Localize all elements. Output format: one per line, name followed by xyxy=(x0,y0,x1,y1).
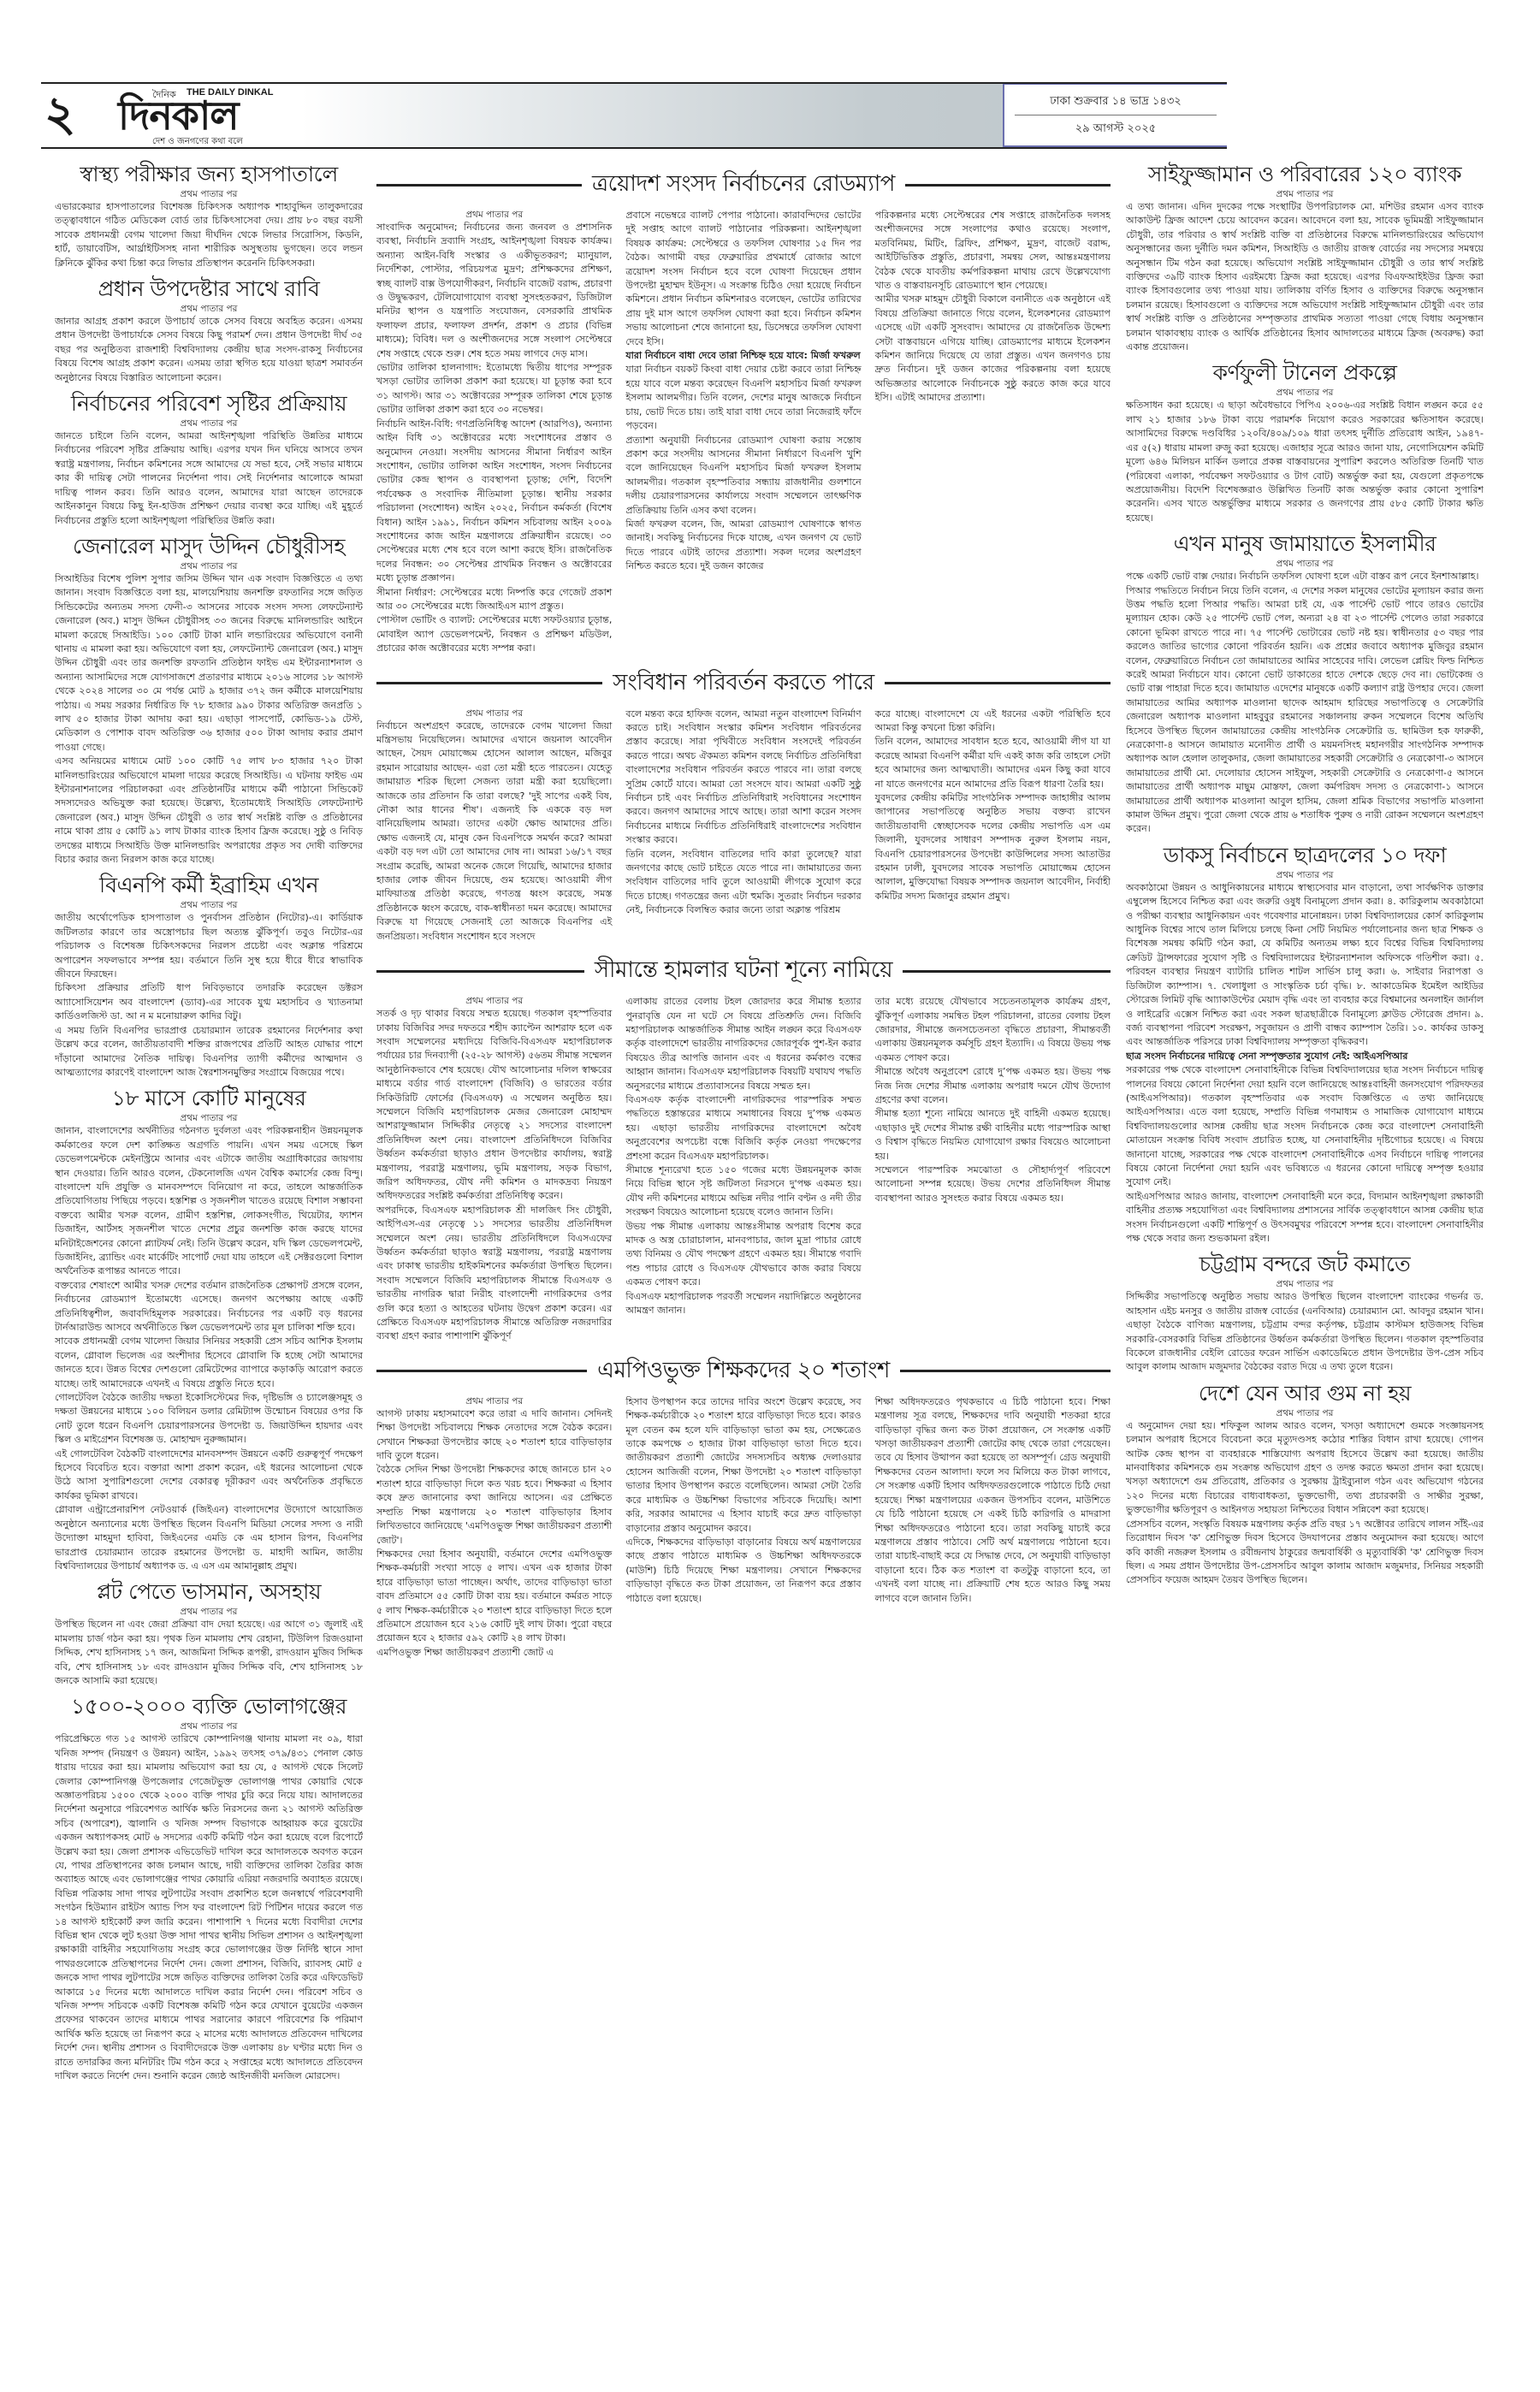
article-paragraph: যুবদলের কেন্দ্রীয় কমিটির সাংগঠনিক সম্পা… xyxy=(875,791,1111,903)
article-headline[interactable]: ডাকসু নির্বাচনে ছাত্রদলের ১০ দফা xyxy=(1126,842,1484,869)
article-headline[interactable]: বিএনপি কর্মী ইব্রাহিম এখন xyxy=(55,872,363,899)
article-headline[interactable]: ১৫০০-২০০০ ব্যক্তি ভোলাগঞ্জের xyxy=(55,1693,363,1720)
article: বিএনপি কর্মী ইব্রাহিম এখনপ্রথম পাতার পরজ… xyxy=(55,872,363,1080)
article-headline[interactable]: কর্ণফুলী টানেল প্রকল্পে xyxy=(1126,359,1484,387)
article-headline[interactable]: প্লট পেতে ভাসমান, অসহায় xyxy=(55,1578,363,1606)
article-columns: প্রথম পাতার পরসাংবাদিক অনুমোদন; নির্বাচন… xyxy=(376,209,1111,656)
article-paragraph: এমপিওভুক্ত শিক্ষা জাতীয়করণ প্রত্যাশী জো… xyxy=(376,1646,612,1660)
article-headline[interactable]: জেনারেল মাসুদ উদ্দিন চৌধুরীসহ xyxy=(55,533,363,560)
divider xyxy=(376,184,582,187)
article-headline-bar: এমপিওভুক্ত শিক্ষকদের ২০ শতাংশ xyxy=(376,1353,1111,1390)
continued-label: প্রথম পাতার পর xyxy=(376,1395,612,1407)
article-paragraph: জানার আগ্রহ প্রকাশ করলে উপাচার্য তাকে সে… xyxy=(55,315,363,385)
article-headline[interactable]: প্রধান উপদেষ্টার সাথে রাবি xyxy=(55,275,363,303)
article-headline-bar: সংবিধান পরিবর্তন করতে পারে xyxy=(376,665,1111,702)
continued-label: প্রথম পাতার পর xyxy=(376,995,612,1007)
article-body-column: প্রথম পাতার পরনির্বাচনে অংশগ্রহণ করেছে, … xyxy=(376,708,612,944)
article-paragraph: হিসাব উপস্থাপন করে তাদের দাবির অংশে উল্ল… xyxy=(625,1395,861,1536)
article-paragraph: নির্বাচনে অংশগ্রহণ করেছে, তাদেরকে বেগম খ… xyxy=(376,719,612,944)
article-paragraph: উপস্থিত ছিলেন না এবং জেরা প্রক্রিয়া বাদ… xyxy=(55,1618,363,1688)
article: ১৮ মাসে কোটি মানুষেরপ্রথম পাতার পরজানান,… xyxy=(55,1085,363,1573)
continued-label: প্রথম পাতার পর xyxy=(376,708,612,719)
logo-main: দিনকাল xyxy=(118,94,239,137)
continued-label: প্রথম পাতার পর xyxy=(55,417,363,429)
article-headline[interactable]: সীমান্তে হামলার ঘটনা শূন্যে নামিয়ে xyxy=(595,952,892,990)
article-headline[interactable]: এখন মানুষ জামায়াতে ইসলামীর xyxy=(1126,530,1484,558)
article-headline[interactable]: দেশে যেন আর গুম না হয় xyxy=(1126,1380,1484,1407)
article: প্লট পেতে ভাসমান, অসহায়প্রথম পাতার পরউপ… xyxy=(55,1578,363,1688)
article-paragraph: সিআইডির বিশেষ পুলিশ সুপার জসিম উদ্দিন খা… xyxy=(55,572,363,755)
article: নির্বাচনের পরিবেশ সৃষ্টির প্রক্রিয়ায়প্… xyxy=(55,390,363,528)
divider xyxy=(376,970,584,973)
article-paragraph: ক্ষতিসাধন করা হয়েছে। এ ছাড়া অবৈধভাবে প… xyxy=(1126,399,1484,525)
article-columns: প্রথম পাতার পরআগস্ট ঢাকায় মহাসমাবেশ করে… xyxy=(376,1395,1111,1660)
article-paragraph: সীমান্তে শূন্যরেখা হতে ১৫০ গজের মধ্যে উন… xyxy=(625,1163,861,1220)
article-body: ক্ষতিসাধন করা হয়েছে। এ ছাড়া অবৈধভাবে প… xyxy=(1126,399,1484,525)
article-paragraph: এলাকায় রাতের বেলায় টহল জোরদার করে সীমা… xyxy=(625,995,861,1093)
article-paragraph: গ্লোবাল এন্ট্রাপ্রেনারশিপ নেটওয়ার্ক (জি… xyxy=(55,1503,363,1573)
article-paragraph: করে যাচ্ছে। বাংলাদেশে যে এই ধরনের একটা প… xyxy=(875,708,1111,736)
article-paragraph: নির্বাচনি আইন-বিধি: গণপ্রতিনিধিত্ব আদেশ … xyxy=(376,417,612,586)
article-paragraph: শিক্ষা অধিদফতরেও পৃথকভাবে এ চিঠি পাঠানো … xyxy=(875,1395,1111,1606)
article-paragraph: প্রেসসচিব বলেন, সংস্কৃতি বিষয়ক মন্ত্রণা… xyxy=(1126,1518,1484,1588)
article-headline[interactable]: নির্বাচনের পরিবেশ সৃষ্টির প্রক্রিয়ায় xyxy=(55,390,363,417)
article-paragraph: এ তথ্য জানান। এদিন দুদকের পক্ষে সংস্থাটি… xyxy=(1126,200,1484,354)
article: প্রধান উপদেষ্টার সাথে রাবিপ্রথম পাতার পর… xyxy=(55,275,363,385)
continued-label: প্রথম পাতার পর xyxy=(55,560,363,572)
continued-label: প্রথম পাতার পর xyxy=(55,899,363,911)
article: এখন মানুষ জামায়াতে ইসলামীরপ্রথম পাতার প… xyxy=(1126,530,1484,837)
article: জেনারেল মাসুদ উদ্দিন চৌধুরীসহপ্রথম পাতার… xyxy=(55,533,363,867)
article-headline[interactable]: সংবিধান পরিবর্তন করতে পারে xyxy=(613,665,874,702)
article: চট্টগ্রাম বন্দরে জট কমাতেপ্রথম পাতার পরস… xyxy=(1126,1251,1484,1374)
article-headline[interactable]: চট্টগ্রাম বন্দরে জট কমাতে xyxy=(1126,1251,1484,1278)
article-body: এভারকেয়ার হাসপাতালের বিশেষজ্ঞ চিকিৎসক অ… xyxy=(55,200,363,270)
article-paragraph: পরিপ্রেক্ষিতে গত ১৫ আগস্ট তারিখে কোম্পান… xyxy=(55,1732,363,2083)
article-body-column: তার মধ্যে রয়েছে যৌথভাবে সচেতনতামূলক কার… xyxy=(875,995,1111,1344)
article-paragraph: এসব অনিয়মের মাধ্যমে মোট ১০০ কোটি ৭৫ লাখ… xyxy=(55,755,363,867)
logo-tagline: দেশ ও জনগণের কথা বলে xyxy=(152,135,243,150)
article-paragraph: ভোটার তালিকা হালনাগাদ: ইতোমধ্যে দ্বিতীয়… xyxy=(376,361,612,417)
article-paragraph: সীমান্তে অবৈধ অনুপ্রবেশ রোধে দু’পক্ষ একম… xyxy=(875,1065,1111,1107)
article-paragraph: সিদ্দিকীর সভাপতিত্বে অনুষ্ঠিত সভায় আরও … xyxy=(1126,1290,1484,1374)
article-paragraph: সাংবাদিক অনুমোদন; নির্বাচনের জন্য জনবল ও… xyxy=(376,221,612,361)
article-headline[interactable]: সাইফুজ্জামান ও পরিবারের ১২০ ব্যাংক xyxy=(1126,161,1484,188)
article-headline-bar: সীমান্তে হামলার ঘটনা শূন্যে নামিয়ে xyxy=(376,952,1111,990)
article-paragraph: আইএসপিআর আরও জানায়, বাংলাদেশ সেনাবাহিনী… xyxy=(1126,1190,1484,1246)
article-paragraph: শিক্ষকদের দেয়া হিসাব অনুযায়ী, বর্তমানে… xyxy=(376,1548,612,1646)
article-paragraph: পক্ষে একটি ভোট বাক্স দেয়ার। নির্বাচনি ত… xyxy=(1126,570,1484,583)
article-columns: প্রথম পাতার পরসতর্ক ও দৃঢ় থাকার বিষয়ে … xyxy=(376,995,1111,1344)
date-box: ঢাকা শুক্রবার ১৪ ভাদ্র ১৪৩২ ২৯ আগস্ট ২০২… xyxy=(1003,84,1227,147)
divider xyxy=(885,682,1111,684)
continued-label: প্রথম পাতার পর xyxy=(55,1720,363,1732)
article-paragraph: জাতীয় অর্থোপেডিক হাসপাতাল ও পুনর্বাসন প… xyxy=(55,911,363,981)
article-body-column: পরিকল্পনার মধ্যে সেপ্টেম্বরের শেষ সপ্তাহ… xyxy=(875,209,1111,656)
article: দেশে যেন আর গুম না হয়প্রথম পাতার পরএ অন… xyxy=(1126,1380,1484,1588)
continued-label: প্রথম পাতার পর xyxy=(1126,1407,1484,1419)
article-body: পক্ষে একটি ভোট বাক্স দেয়ার। নির্বাচনি ত… xyxy=(1126,570,1484,837)
article-body-column: বলে মন্তব্য করে হাফিজ বলেন, আমরা নতুন বা… xyxy=(625,708,861,944)
middle-column: ত্রয়োদশ সংসদ নির্বাচনের রোডম্যাপপ্রথম প… xyxy=(376,157,1111,2365)
article: ডাকসু নির্বাচনে ছাত্রদলের ১০ দফাপ্রথম পা… xyxy=(1126,842,1484,1246)
article-body-column: শিক্ষা অধিদফতরেও পৃথকভাবে এ চিঠি পাঠানো … xyxy=(875,1395,1111,1660)
article-body-column: প্রথম পাতার পরআগস্ট ঢাকায় মহাসমাবেশ করে… xyxy=(376,1395,612,1660)
article-paragraph: এ অনুমোদন দেয়া হয়। শফিকুল আলম আরও বলেন… xyxy=(1126,1419,1484,1518)
article-paragraph: বিএসএফ কর্তৃক বাংলাদেশী নাগরিকদের পারস্প… xyxy=(625,1093,861,1163)
article-paragraph: এই গোলটেবিল বৈঠকটি বাংলাদেশের মানবসম্পদ … xyxy=(55,1448,363,1504)
divider xyxy=(376,682,602,684)
article-subhead: ছাত্র সংসদ নির্বাচনের দায়িত্বে সেনা সম্… xyxy=(1126,1050,1484,1063)
continued-label: প্রথম পাতার পর xyxy=(55,1112,363,1124)
article-headline[interactable]: ১৮ মাসে কোটি মানুষের xyxy=(55,1085,363,1112)
article-body: সিদ্দিকীর সভাপতিত্বে অনুষ্ঠিত সভায় আরও … xyxy=(1126,1290,1484,1374)
article-paragraph: এ সময় তিনি বিএনপির ভারপ্রাপ্ত চেয়ারম্য… xyxy=(55,1024,363,1081)
article-paragraph: সরকারের পক্ষ থেকে বাংলাদেশ সেনাবাহিনীকে … xyxy=(1126,1063,1484,1190)
article-paragraph: যারা নির্বাচন বয়কট কিংবা বাধা দেয়ার চে… xyxy=(625,363,861,433)
article-paragraph: আমীর খসরু মাহমুদ চৌধুরী বিকালে বনানীতে এ… xyxy=(875,293,1111,405)
article-body: জাতীয় অর্থোপেডিক হাসপাতাল ও পুনর্বাসন প… xyxy=(55,911,363,1080)
continued-label: প্রথম পাতার পর xyxy=(55,188,363,200)
article-paragraph: জানতে চাইলে তিনি বলেন, আমরা আইনশৃঙ্খলা প… xyxy=(55,429,363,528)
article-paragraph: এদিকে, শিক্ষকদের বাড়িভাড়া বাড়ানোর বিষ… xyxy=(625,1536,861,1606)
article-paragraph: বলে মন্তব্য করে হাফিজ বলেন, আমরা নতুন বা… xyxy=(625,708,861,848)
divider xyxy=(376,1370,587,1372)
article-paragraph: জানান, বাংলাদেশের অর্থনীতির গঠনগত দুর্বল… xyxy=(55,1124,363,1278)
article: সাইফুজ্জামান ও পরিবারের ১২০ ব্যাংকপ্রথম … xyxy=(1126,161,1484,354)
article-body-column: এলাকায় রাতের বেলায় টহল জোরদার করে সীমা… xyxy=(625,995,861,1344)
left-column: স্বাস্থ্য পরীক্ষার জন্য হাসপাতালেপ্রথম প… xyxy=(55,157,363,2365)
article-body-column: করে যাচ্ছে। বাংলাদেশে যে এই ধরনের একটা প… xyxy=(875,708,1111,944)
article-body-column: প্রবাসে নভেম্বরে ব্যালট পেপার পাঠানো। কা… xyxy=(625,209,861,656)
article-headline[interactable]: স্বাস্থ্য পরীক্ষার জন্য হাসপাতালে xyxy=(55,161,363,188)
article-paragraph: চিকিৎসা প্রক্রিয়ার প্রতিটি ধাপ নিবিড়ভা… xyxy=(55,981,363,1023)
article-body: অবকাঠামো উন্নয়ন ও আধুনিকায়নের মাধ্যমে … xyxy=(1126,881,1484,1246)
article-paragraph: সাবেক প্রধানমন্ত্রী বেগম খালেদা জিয়ার স… xyxy=(55,1335,363,1391)
article-paragraph: অবকাঠামো উন্নয়ন ও আধুনিকায়নের মাধ্যমে … xyxy=(1126,881,1484,1050)
divider xyxy=(905,184,1111,187)
continued-label: প্রথম পাতার পর xyxy=(1126,188,1484,200)
article-body: এ তথ্য জানান। এদিন দুদকের পক্ষে সংস্থাটি… xyxy=(1126,200,1484,354)
article-body: উপস্থিত ছিলেন না এবং জেরা প্রক্রিয়া বাদ… xyxy=(55,1618,363,1688)
masthead: ২ দৈনিক THE DAILY DINKAL দিনকাল দেশ ও জন… xyxy=(41,82,1227,149)
article-body-column: হিসাব উপস্থাপন করে তাদের দাবির অংশে উল্ল… xyxy=(625,1395,861,1660)
article-headline[interactable]: ত্রয়োদশ সংসদ নির্বাচনের রোডম্যাপ xyxy=(592,166,895,204)
date-english: ২৯ আগস্ট ২০২৫ xyxy=(1004,115,1227,139)
article-paragraph: সীমানা নির্ধারণ: সেপ্টেম্বরের মধ্যে নিষ্… xyxy=(376,586,612,614)
article-paragraph: পরিকল্পনার মধ্যে সেপ্টেম্বরের শেষ সপ্তাহ… xyxy=(875,209,1111,293)
article-body: সিআইডির বিশেষ পুলিশ সুপার জসিম উদ্দিন খা… xyxy=(55,572,363,867)
article-paragraph: পিআর পদ্ধতিতে নির্বাচন নিয়ে তিনি বলেন, … xyxy=(1126,584,1484,837)
article-paragraph: সম্মেলনে পারস্পরিক সমঝোতা ও সৌহার্দ্যপূর… xyxy=(875,1163,1111,1205)
article-paragraph: বক্তব্যের শেষাংশে আমীর খসরু দেশের বর্তমা… xyxy=(55,1279,363,1335)
divider xyxy=(900,1370,1111,1372)
article: স্বাস্থ্য পরীক্ষার জন্য হাসপাতালেপ্রথম প… xyxy=(55,161,363,270)
article-body: জানান, বাংলাদেশের অর্থনীতির গঠনগত দুর্বল… xyxy=(55,1124,363,1573)
article-headline-bar: ত্রয়োদশ সংসদ নির্বাচনের রোডম্যাপ xyxy=(376,166,1111,204)
article-paragraph: অপরদিকে, বিএসএফ মহাপরিচালক শ্রী দালজিৎ স… xyxy=(376,1204,612,1344)
article-body-column: প্রথম পাতার পরসাংবাদিক অনুমোদন; নির্বাচন… xyxy=(376,209,612,656)
article-paragraph: তার মধ্যে রয়েছে যৌথভাবে সচেতনতামূলক কার… xyxy=(875,995,1111,1065)
article-paragraph: গোলটেবিল বৈঠকে জাতীয় দক্ষতা ইকোসিস্টেমে… xyxy=(55,1391,363,1448)
article-paragraph: মির্জা ফখরুল বলেন, জি, আমরা রোডম্যাপ ঘোষ… xyxy=(625,518,861,574)
article-paragraph: সীমান্ত হত্যা শূন্যে নামিয়ে আনতে দুই বা… xyxy=(875,1107,1111,1163)
article: ১৫০০-২০০০ ব্যক্তি ভোলাগঞ্জেরপ্রথম পাতার … xyxy=(55,1693,363,2083)
article-body-column: প্রথম পাতার পরসতর্ক ও দৃঢ় থাকার বিষয়ে … xyxy=(376,995,612,1344)
right-column: সাইফুজ্জামান ও পরিবারের ১২০ ব্যাংকপ্রথম … xyxy=(1126,157,1484,2365)
article-paragraph: পোস্টাল ভোটিং ও ব্যালট: সেপ্টেম্বরের মধ্… xyxy=(376,613,612,655)
continued-label: প্রথম পাতার পর xyxy=(55,303,363,315)
continued-label: প্রথম পাতার পর xyxy=(1126,558,1484,570)
newspaper-logo: দৈনিক THE DAILY DINKAL দিনকাল দেশ ও জনগণ… xyxy=(118,86,246,149)
continued-label: প্রথম পাতার পর xyxy=(376,209,612,221)
article-columns: প্রথম পাতার পরনির্বাচনে অংশগ্রহণ করেছে, … xyxy=(376,708,1111,944)
article-paragraph: বিএসএফ মহাপরিচালক পরবর্তী সম্মেলন নয়াদি… xyxy=(625,1290,861,1318)
article: সংবিধান পরিবর্তন করতে পারেপ্রথম পাতার পর… xyxy=(376,665,1111,944)
divider xyxy=(903,970,1111,973)
article-body: জানতে চাইলে তিনি বলেন, আমরা আইনশৃঙ্খলা প… xyxy=(55,429,363,528)
continued-label: প্রথম পাতার পর xyxy=(1126,387,1484,399)
continued-label: প্রথম পাতার পর xyxy=(55,1606,363,1618)
page-number: ২ xyxy=(44,89,75,140)
article-body: এ অনুমোদন দেয়া হয়। শফিকুল আলম আরও বলেন… xyxy=(1126,1419,1484,1588)
article-paragraph: সতর্ক ও দৃঢ় থাকার বিষয়ে সম্মত হয়েছে। … xyxy=(376,1007,612,1204)
article-body: জানার আগ্রহ প্রকাশ করলে উপাচার্য তাকে সে… xyxy=(55,315,363,385)
article: ত্রয়োদশ সংসদ নির্বাচনের রোডম্যাপপ্রথম প… xyxy=(376,166,1111,656)
article: সীমান্তে হামলার ঘটনা শূন্যে নামিয়েপ্রথম… xyxy=(376,952,1111,1344)
continued-label: প্রথম পাতার পর xyxy=(1126,1278,1484,1290)
article-paragraph: প্রত্যাশা অনুযায়ী নির্বাচনের রোডম্যাপ ঘ… xyxy=(625,434,861,518)
article-paragraph: উভয় পক্ষ সীমান্ত এলাকায় আন্তঃসীমান্ত অ… xyxy=(625,1220,861,1290)
date-bangla: ঢাকা শুক্রবার ১৪ ভাদ্র ১৪৩২ xyxy=(1015,85,1217,115)
article: এমপিওভুক্ত শিক্ষকদের ২০ শতাংশপ্রথম পাতার… xyxy=(376,1353,1111,1660)
article-paragraph: এভারকেয়ার হাসপাতালের বিশেষজ্ঞ চিকিৎসক অ… xyxy=(55,200,363,270)
article: কর্ণফুলী টানেল প্রকল্পেপ্রথম পাতার পরক্ষ… xyxy=(1126,359,1484,525)
article-subhead: যারা নির্বাচনে বাধা দেবে তারা নিশ্চিহ্ন … xyxy=(625,349,861,363)
article-body: পরিপ্রেক্ষিতে গত ১৫ আগস্ট তারিখে কোম্পান… xyxy=(55,1732,363,2083)
article-paragraph: আগস্ট ঢাকায় মহাসমাবেশ করে তারা এ দাবি জ… xyxy=(376,1407,612,1464)
continued-label: প্রথম পাতার পর xyxy=(1126,869,1484,881)
article-headline[interactable]: এমপিওভুক্ত শিক্ষকদের ২০ শতাংশ xyxy=(597,1353,890,1390)
article-paragraph: তিনি বলেন, আমাদের সাবধান হতে হবে, আওয়াম… xyxy=(875,735,1111,791)
article-paragraph: বৈঠকে সেদিন শিক্ষা উপদেষ্টা শিক্ষকদের কা… xyxy=(376,1463,612,1547)
article-paragraph: প্রবাসে নভেম্বরে ব্যালট পেপার পাঠানো। কা… xyxy=(625,209,861,349)
article-paragraph: তিনি বলেন, সংবিধান বাতিলের দাবি কারা তুল… xyxy=(625,848,861,918)
